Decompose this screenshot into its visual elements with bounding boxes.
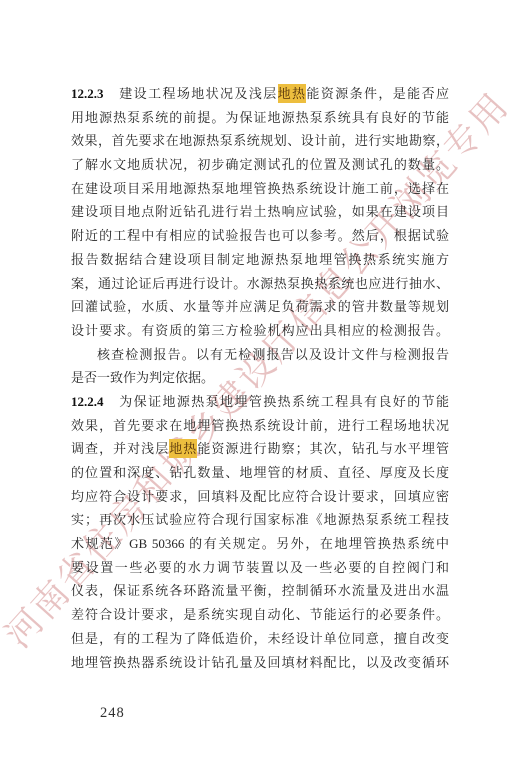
text-segment: 要设置一些必要的水力调节装置以及一些必要的自控阀门和: [71, 560, 449, 575]
text-line: 效果，首先要求在地埋管换热系统设计前，进行工程场地状况: [71, 414, 449, 438]
text-segment: 设计要求。有资质的第三方检验机构应出具相应的检测报告。: [71, 323, 449, 338]
text-segment: 案，通过论证后再进行设计。水源热泵换热系统也应进行抽水、: [71, 276, 449, 291]
text-segment: 差符合设计要求，是系统实现自动化、节能运行的必要条件。: [71, 607, 449, 622]
text-line: 案，通过论证后再进行设计。水源热泵换热系统也应进行抽水、: [71, 272, 449, 296]
text-segment: 附近的工程中有相应的试验报告也可以参考。然后，根据试验: [71, 228, 449, 243]
text-line: 均应符合设计要求，回填料及配比应符合设计要求，回填应密: [71, 485, 449, 509]
text-segment: 建设项目地点附近钻孔进行岩土热响应试验，如果在建设项目: [71, 204, 449, 219]
text-line: 要设置一些必要的水力调节装置以及一些必要的自控阀门和: [71, 556, 449, 580]
text-line: 但是，有的工程为了降低造价，未经设计单位同意，擅自改变: [71, 627, 449, 651]
text-segment: 核查检测报告。以有无检测报告以及设计文件与检测报告: [97, 347, 449, 362]
search-term-highlight: 地热: [278, 84, 307, 103]
text-line: 在建设项目采用地源热泵地埋管换热系统设计施工前，选择在: [71, 177, 449, 201]
text-block: 12.2.3 建设工程场地状况及浅层地热能资源条件，是能否应用地源热泵系统的前提…: [71, 82, 449, 674]
text-segment: 为保证地源热泵地埋管换热系统工程具有良好的节能: [104, 394, 450, 409]
text-segment: 但是，有的工程为了降低造价，未经设计单位同意，擅自改变: [71, 631, 449, 646]
text-segment: 效果，首先要求在地埋管换热系统设计前，进行工程场地状况: [71, 418, 449, 433]
text-segment: 仪表，保证系统各环路流量平衡，控制循环水流量及进出水温: [71, 583, 449, 598]
section-number: 12.2.3: [71, 86, 104, 101]
text-segment: 的位置和深度、钻孔数量、地埋管的材质、直径、厚度及长度: [71, 465, 449, 480]
text-segment: 实；再次水压试验应符合现行国家标准《地源热泵系统工程技: [71, 512, 449, 527]
text-line: 附近的工程中有相应的试验报告也可以参考。然后，根据试验: [71, 224, 449, 248]
text-segment: 在建设项目采用地源热泵地埋管换热系统设计施工前，选择在: [71, 181, 449, 196]
text-segment: 报告数据结合建设项目制定地源热泵地埋管换热系统实施方: [71, 252, 449, 267]
text-line: 效果，首先要求在地源热泵系统规划、设计前，进行实地勘察，: [71, 129, 449, 153]
text-line: 用地源热泵系统的前提。为保证地源热泵系统具有良好的节能: [71, 106, 449, 130]
document-page: 河南省住房和城乡建设厅信息公开浏览专用 12.2.3 建设工程场地状况及浅层地热…: [0, 0, 522, 760]
text-segment: 调查，并对浅层: [71, 441, 169, 456]
text-segment: 用地源热泵系统的前提。为保证地源热泵系统具有良好的节能: [71, 110, 449, 125]
search-term-highlight: 地热: [169, 439, 197, 458]
text-segment: 是否一致作为判定依据。: [71, 370, 214, 385]
text-line: 12.2.3 建设工程场地状况及浅层地热能资源条件，是能否应: [71, 82, 449, 106]
text-line: 是否一致作为判定依据。: [71, 366, 449, 390]
text-line: 的位置和深度、钻孔数量、地埋管的材质、直径、厚度及长度: [71, 461, 449, 485]
text-line: 12.2.4 为保证地源热泵地埋管换热系统工程具有良好的节能: [71, 390, 449, 414]
text-line: 仪表，保证系统各环路流量平衡，控制循环水流量及进出水温: [71, 579, 449, 603]
text-segment: 效果，首先要求在地源热泵系统规划、设计前，进行实地勘察，: [71, 133, 449, 148]
text-line: 术规范》GB 50366 的有关规定。另外，在地埋管换热系统中: [71, 532, 449, 556]
text-line: 调查，并对浅层地热能资源进行勘察；其次，钻孔与水平埋管: [71, 437, 449, 461]
text-line: 了解水文地质状况，初步确定测试孔的位置及测试孔的数量。: [71, 153, 449, 177]
text-line: 建设项目地点附近钻孔进行岩土热响应试验，如果在建设项目: [71, 200, 449, 224]
page-number: 248: [100, 705, 125, 722]
text-segment: 均应符合设计要求，回填料及配比应符合设计要求，回填应密: [71, 489, 449, 504]
text-segment: 建设工程场地状况及浅层: [104, 86, 278, 101]
text-segment: 回灌试验，水质、水量等并应满足负荷需求的管井数量等规划: [71, 299, 449, 314]
text-segment: 能资源条件，是能否应: [306, 86, 449, 101]
text-segment: 术规范》GB 50366 的有关规定。另外，在地埋管换热系统中: [71, 536, 449, 551]
section-number: 12.2.4: [71, 394, 104, 409]
text-line: 核查检测报告。以有无检测报告以及设计文件与检测报告: [71, 343, 449, 367]
text-line: 地埋管换热器系统设计钻孔量及回填材料配比，以及改变循环: [71, 651, 449, 675]
text-line: 差符合设计要求，是系统实现自动化、节能运行的必要条件。: [71, 603, 449, 627]
text-line: 设计要求。有资质的第三方检验机构应出具相应的检测报告。: [71, 319, 449, 343]
text-line: 报告数据结合建设项目制定地源热泵地埋管换热系统实施方: [71, 248, 449, 272]
text-line: 实；再次水压试验应符合现行国家标准《地源热泵系统工程技: [71, 508, 449, 532]
text-line: 回灌试验，水质、水量等并应满足负荷需求的管井数量等规划: [71, 295, 449, 319]
text-segment: 了解水文地质状况，初步确定测试孔的位置及测试孔的数量。: [71, 157, 449, 172]
text-segment: 能资源进行勘察；其次，钻孔与水平埋管: [197, 441, 449, 456]
text-segment: 地埋管换热器系统设计钻孔量及回填材料配比，以及改变循环: [71, 655, 449, 670]
